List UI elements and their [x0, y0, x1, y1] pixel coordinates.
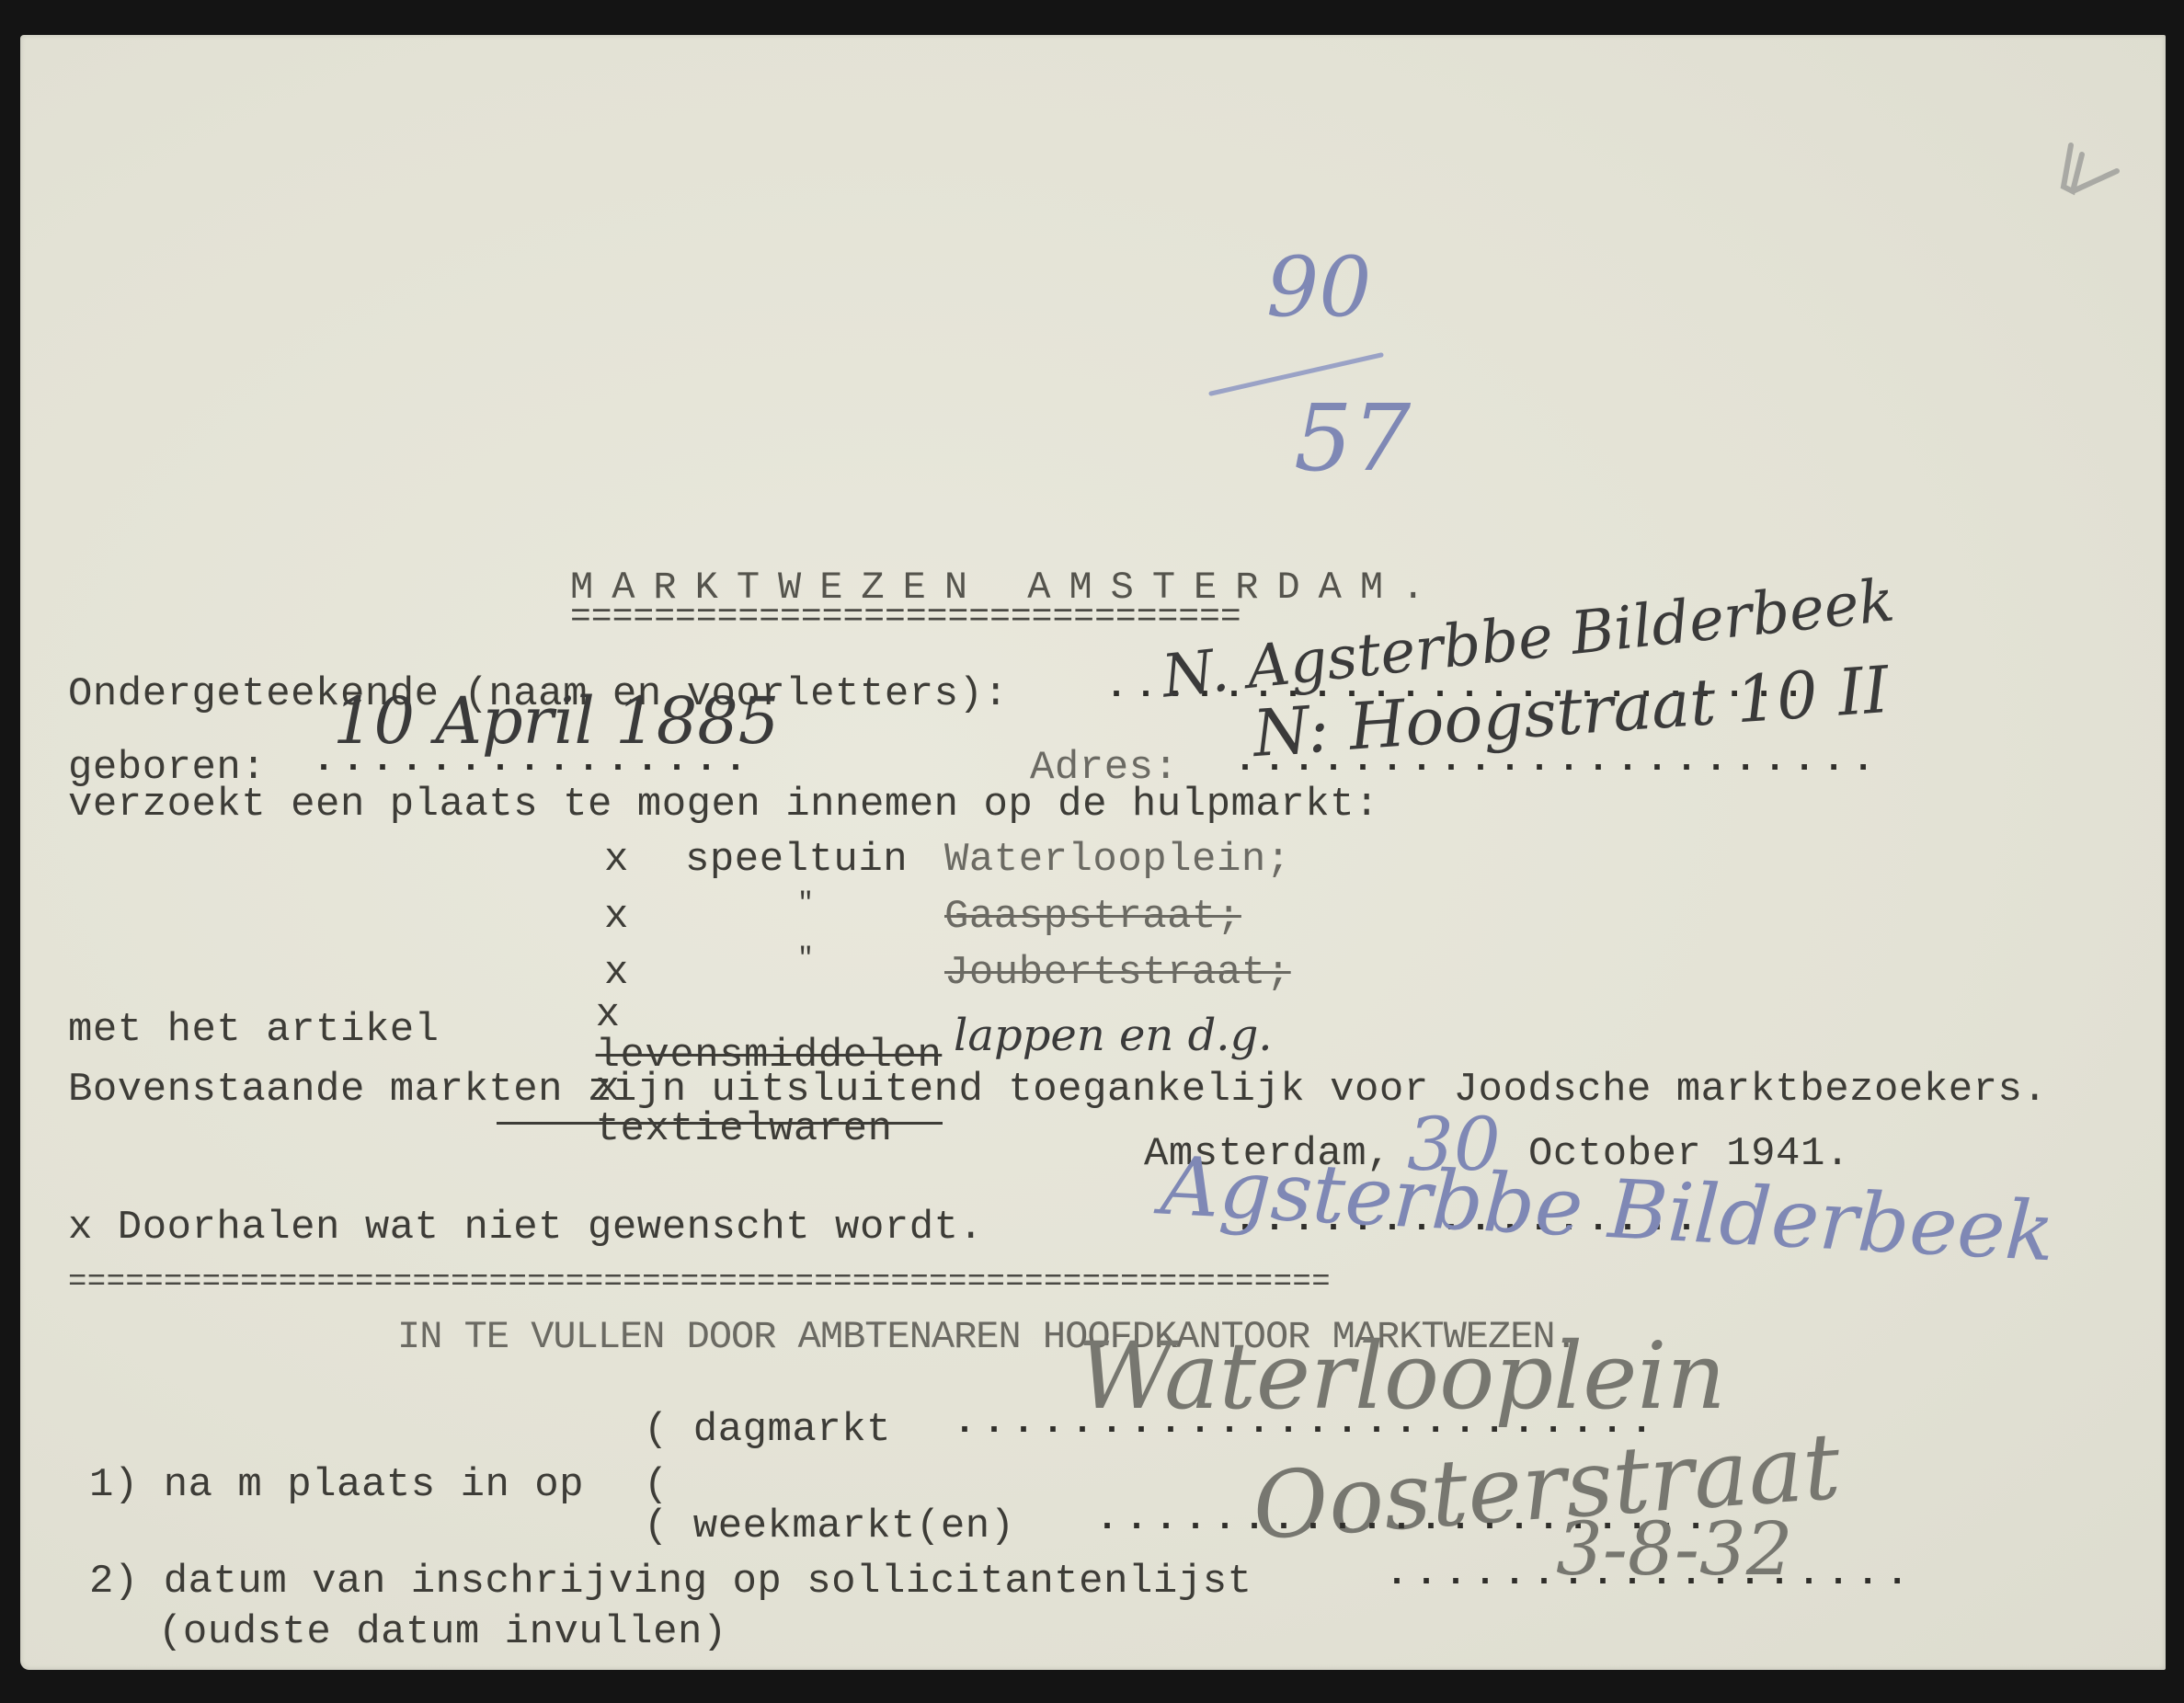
market-name: Gaaspstraat; — [944, 897, 1241, 937]
section-separator: ========================================… — [68, 1267, 1331, 1298]
check-mark-icon — [2053, 136, 2126, 210]
article-label: met het artikel — [68, 1010, 440, 1050]
week-market-label: ( weekmarkt(en) — [644, 1506, 1015, 1547]
title-underline: ================================ — [570, 600, 1241, 635]
item2-sublabel: (oudste datum invullen) — [158, 1612, 727, 1652]
brace-middle: ( — [644, 1465, 669, 1505]
registration-date-dots: .................. — [1386, 1557, 1915, 1594]
archive-number-top: 90 — [1266, 239, 1372, 336]
archive-number-bottom: 57 — [1294, 384, 1411, 492]
market-prefix: speeltuin — [685, 840, 908, 880]
market-name: Joubertstraat; — [944, 953, 1291, 993]
request-line: verzoekt een plaats te mogen innemen op … — [68, 784, 1379, 825]
item2-label: 2) datum van inschrijving op sollicitant… — [89, 1561, 1252, 1602]
day-market-label: ( dagmarkt — [644, 1410, 891, 1450]
notice-text: Bovenstaande markten zijn uitsluitend to… — [68, 1069, 2047, 1110]
document-page: 90 57 MARKTWEZEN AMSTERDAM. ============… — [20, 35, 2166, 1670]
market-name: Waterlooplein; — [944, 840, 1291, 880]
market-prefix: " — [797, 890, 815, 918]
article-name: textielwaren — [596, 1106, 893, 1152]
footnote-text: x Doorhalen wat niet gewenscht wordt. — [68, 1207, 983, 1248]
item1-label: 1) na m plaats in op — [89, 1465, 584, 1505]
article-handwritten-note: lappen en d.g. — [954, 1010, 1273, 1061]
market-marker: x — [604, 840, 629, 880]
market-marker: x — [604, 897, 629, 937]
born-field-value[interactable]: 10 April 1885 — [333, 683, 779, 759]
